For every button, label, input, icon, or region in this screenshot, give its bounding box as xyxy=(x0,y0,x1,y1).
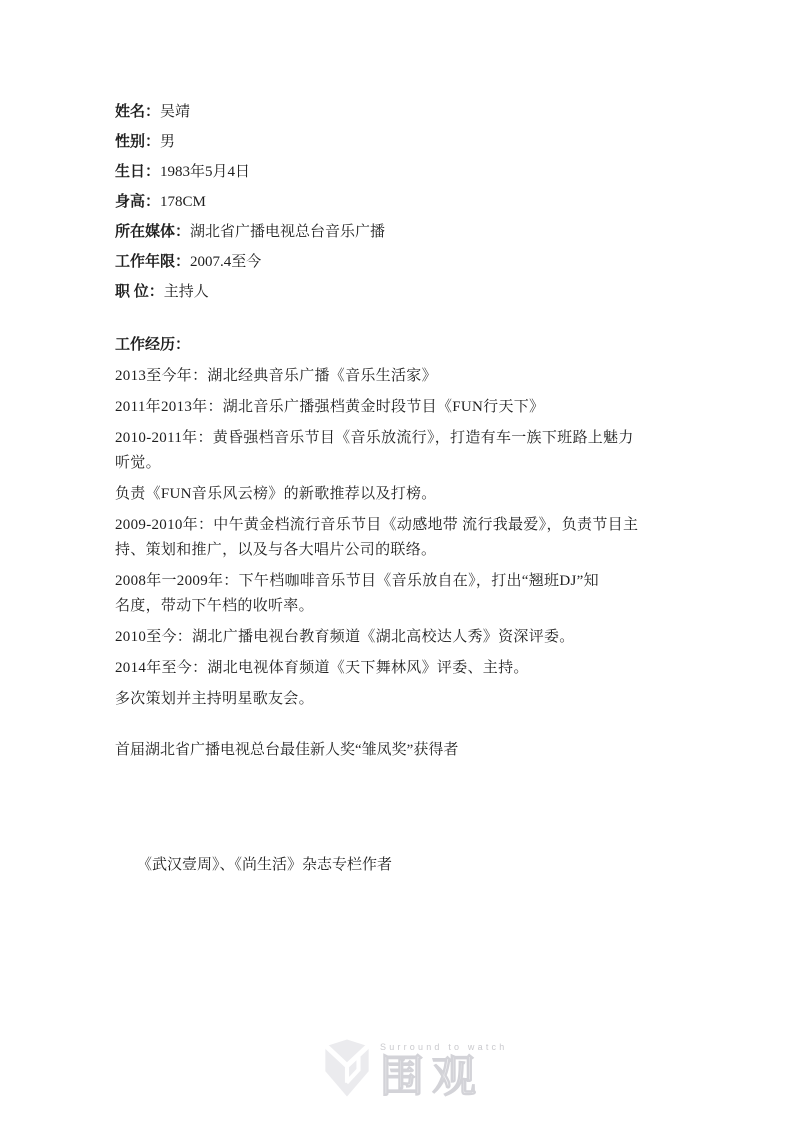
profile-row-years: 工作年限：2007.4至今 xyxy=(115,247,705,277)
profile-row-gender: 性别：男 xyxy=(115,127,705,157)
watermark-slogan: Surround to watch xyxy=(380,1042,507,1052)
experience-paragraph: 2010至今：湖北广播电视台教育频道《湖北高校达人秀》资深评委。 xyxy=(115,625,705,650)
experience-section: 工作经历： 2013至今年：湖北经典音乐广播《音乐生活家》 2011年2013年… xyxy=(115,333,705,712)
experience-paragraph: 2010-2011年：黄昏强档音乐节目《音乐放流行》，打造有车一族下班路上魅力 … xyxy=(115,426,705,476)
experience-paragraph: 2008年一2009年：下午档咖啡音乐节目《音乐放自在》，打出“翘班DJ”知 名… xyxy=(115,569,705,619)
years-value: 2007.4至今 xyxy=(190,254,261,270)
experience-heading: 工作经历： xyxy=(115,333,705,358)
experience-paragraph: 2011年2013年：湖北音乐广播强档黄金时段节目《FUN行天下》 xyxy=(115,395,705,420)
experience-paragraph: 负责《FUN音乐风云榜》的新歌推荐以及打榜。 xyxy=(115,482,705,507)
award-line: 首届湖北省广播电视总台最佳新人奖“雏凤奖”获得者 xyxy=(115,738,705,763)
watermark: Surround to watch 围观 xyxy=(324,1038,507,1100)
experience-paragraph: 2009-2010年：中午黄金档流行音乐节目《动感地带 流行我最爱》，负责节目主… xyxy=(115,513,705,563)
experience-paragraph: 2014年至今：湖北电视体育频道《天下舞林风》评委、主持。 xyxy=(115,656,705,681)
watermark-logo-text: 围观 xyxy=(380,1054,507,1100)
profile-row-position: 职 位：主持人 xyxy=(115,277,705,307)
shield-logo-icon xyxy=(324,1038,370,1098)
experience-paragraph: 2013至今年：湖北经典音乐广播《音乐生活家》 xyxy=(115,364,705,389)
position-label: 职 位： xyxy=(115,284,164,300)
profile-row-media: 所在媒体：湖北省广播电视总台音乐广播 xyxy=(115,217,705,247)
experience-paragraph: 多次策划并主持明星歌友会。 xyxy=(115,687,705,712)
height-value: 178CM xyxy=(160,194,206,210)
watermark-text-block: Surround to watch 围观 xyxy=(380,1038,507,1100)
height-label: 身高： xyxy=(115,194,160,210)
resume-page: { "page": { "background": "#ffffff", "te… xyxy=(0,0,800,1131)
gender-label: 性别： xyxy=(115,134,160,150)
years-label: 工作年限： xyxy=(115,254,190,270)
profile-row-height: 身高：178CM xyxy=(115,187,705,217)
birthday-value: 1983年5月4日 xyxy=(160,164,250,180)
magazine-author-line: 《武汉壹周》、《尚生活》杂志专栏作者 xyxy=(115,853,705,878)
profile-row-name: 姓名：吴靖 xyxy=(115,97,705,127)
name-value: 吴靖 xyxy=(160,104,190,120)
profile-row-birthday: 生日：1983年5月4日 xyxy=(115,157,705,187)
position-value: 主持人 xyxy=(164,284,209,300)
gender-value: 男 xyxy=(160,134,175,150)
document-body: 姓名：吴靖 性别：男 生日：1983年5月4日 身高：178CM 所在媒体：湖北… xyxy=(0,0,800,878)
media-label: 所在媒体： xyxy=(115,224,190,240)
media-value: 湖北省广播电视总台音乐广播 xyxy=(190,224,385,240)
name-label: 姓名： xyxy=(115,104,160,120)
profile-section: 姓名：吴靖 性别：男 生日：1983年5月4日 身高：178CM 所在媒体：湖北… xyxy=(115,97,705,307)
birthday-label: 生日： xyxy=(115,164,160,180)
